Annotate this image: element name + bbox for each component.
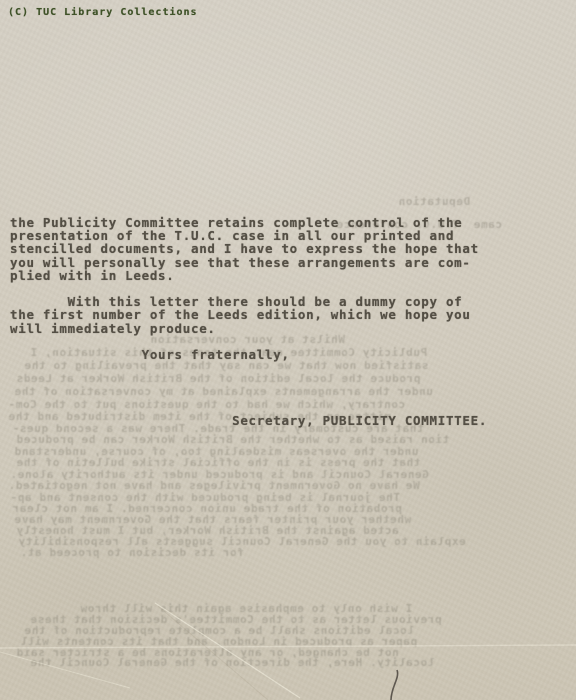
bleedthrough-line: not be changed, or any alterations be a … [16,647,399,658]
bleedthrough-line: General Council and is produced under it… [10,469,429,480]
bleedthrough-line: under the overseas misdealing too, of co… [14,446,418,457]
bleedthrough-line: that the press is in the official strike… [16,457,420,468]
typed-letter-line [10,374,570,387]
typed-letter-line: will immediately produce. [10,322,570,335]
typed-letter-line: stencilled documents, and I have to expr… [10,242,570,255]
diagonal-crease [155,603,300,698]
typed-letter-line: Secretary, PUBLICITY COMMITTEE. [10,414,570,427]
bleedthrough-line: The journal is being produced with the c… [10,492,400,503]
letter-body: the Publicity Committee retains complete… [10,216,570,427]
scanned-letter-page: Deputationcame T.U.C. conferenceWhilst a… [0,0,576,700]
bleedthrough-line: Deputation [398,196,470,207]
bleedthrough-line: previous letter as to the Committee's de… [30,614,442,625]
corner-crease [0,652,130,688]
bleedthrough-line: We have no Government privileges and hav… [8,480,420,491]
pen-stroke-mark [391,670,398,700]
typed-letter-line: plied with in Leeds. [10,269,570,282]
bleedthrough-line: paper as produced in London, and that it… [20,636,417,647]
library-watermark: (C) TUC Library Collections [8,7,198,18]
horizontal-crease [0,645,576,648]
typed-letter-line: Yours fraternally, [10,348,570,361]
bleedthrough-line: local editions shall be a complete repro… [24,625,414,636]
typed-letter-line [10,361,570,374]
bleedthrough-line: probation of the trade union concerned. … [12,503,402,514]
bleedthrough-line: explain to you the General Council sugge… [18,536,466,547]
bleedthrough-line: for its decision to proceed at. [20,547,244,558]
typed-letter-line [10,388,570,401]
bleedthrough-line: I wish only to emphasise again this will… [80,603,412,614]
bleedthrough-line: whether your printer fears that the Gove… [14,514,411,525]
bleedthrough-line: acted against the British Worker, but I … [16,525,399,536]
typed-letter-line: you will personally see that these arran… [10,256,570,269]
bleedthrough-line: tion raised as to whether the British Wo… [16,434,449,445]
bleedthrough-line: locality. Here, the direction of the Gen… [30,657,434,668]
typed-letter-line: the first number of the Leeds edition, w… [10,308,570,321]
diagonal-crease-shadow [158,606,268,700]
